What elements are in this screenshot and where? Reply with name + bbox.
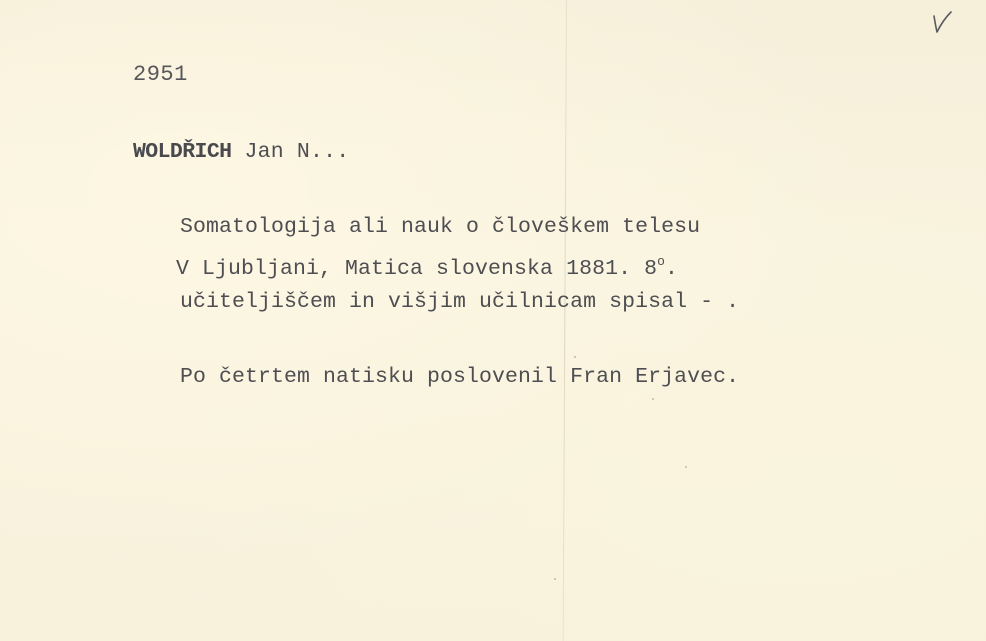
- imprint-line: V Ljubljani, Matica slovenska 1881. 8o.: [176, 254, 678, 281]
- handwritten-check-mark-icon: [930, 8, 954, 34]
- paper-speck: [685, 466, 687, 468]
- title-block: Somatologija ali nauk o človeškem telesu…: [180, 165, 739, 440]
- format-degree: o: [657, 254, 665, 269]
- title-line: Somatologija ali nauk o človeškem telesu: [180, 215, 739, 240]
- paper-speck: [554, 578, 556, 580]
- author-heading: WOLDŘICH Jan N...: [133, 140, 349, 164]
- author-surname: WOLDŘICH: [133, 140, 231, 164]
- author-given-name: Jan N...: [231, 140, 349, 164]
- imprint-text: V Ljubljani, Matica slovenska 1881. 8: [176, 257, 657, 281]
- imprint-end: .: [665, 257, 678, 281]
- catalog-card: 2951 WOLDŘICH Jan N... Somatologija ali …: [0, 0, 986, 641]
- title-line: učiteljiščem in višjim učilnicam spisal …: [180, 290, 739, 315]
- title-line: Po četrtem natisku poslovenil Fran Erjav…: [180, 365, 739, 390]
- call-number: 2951: [133, 62, 188, 87]
